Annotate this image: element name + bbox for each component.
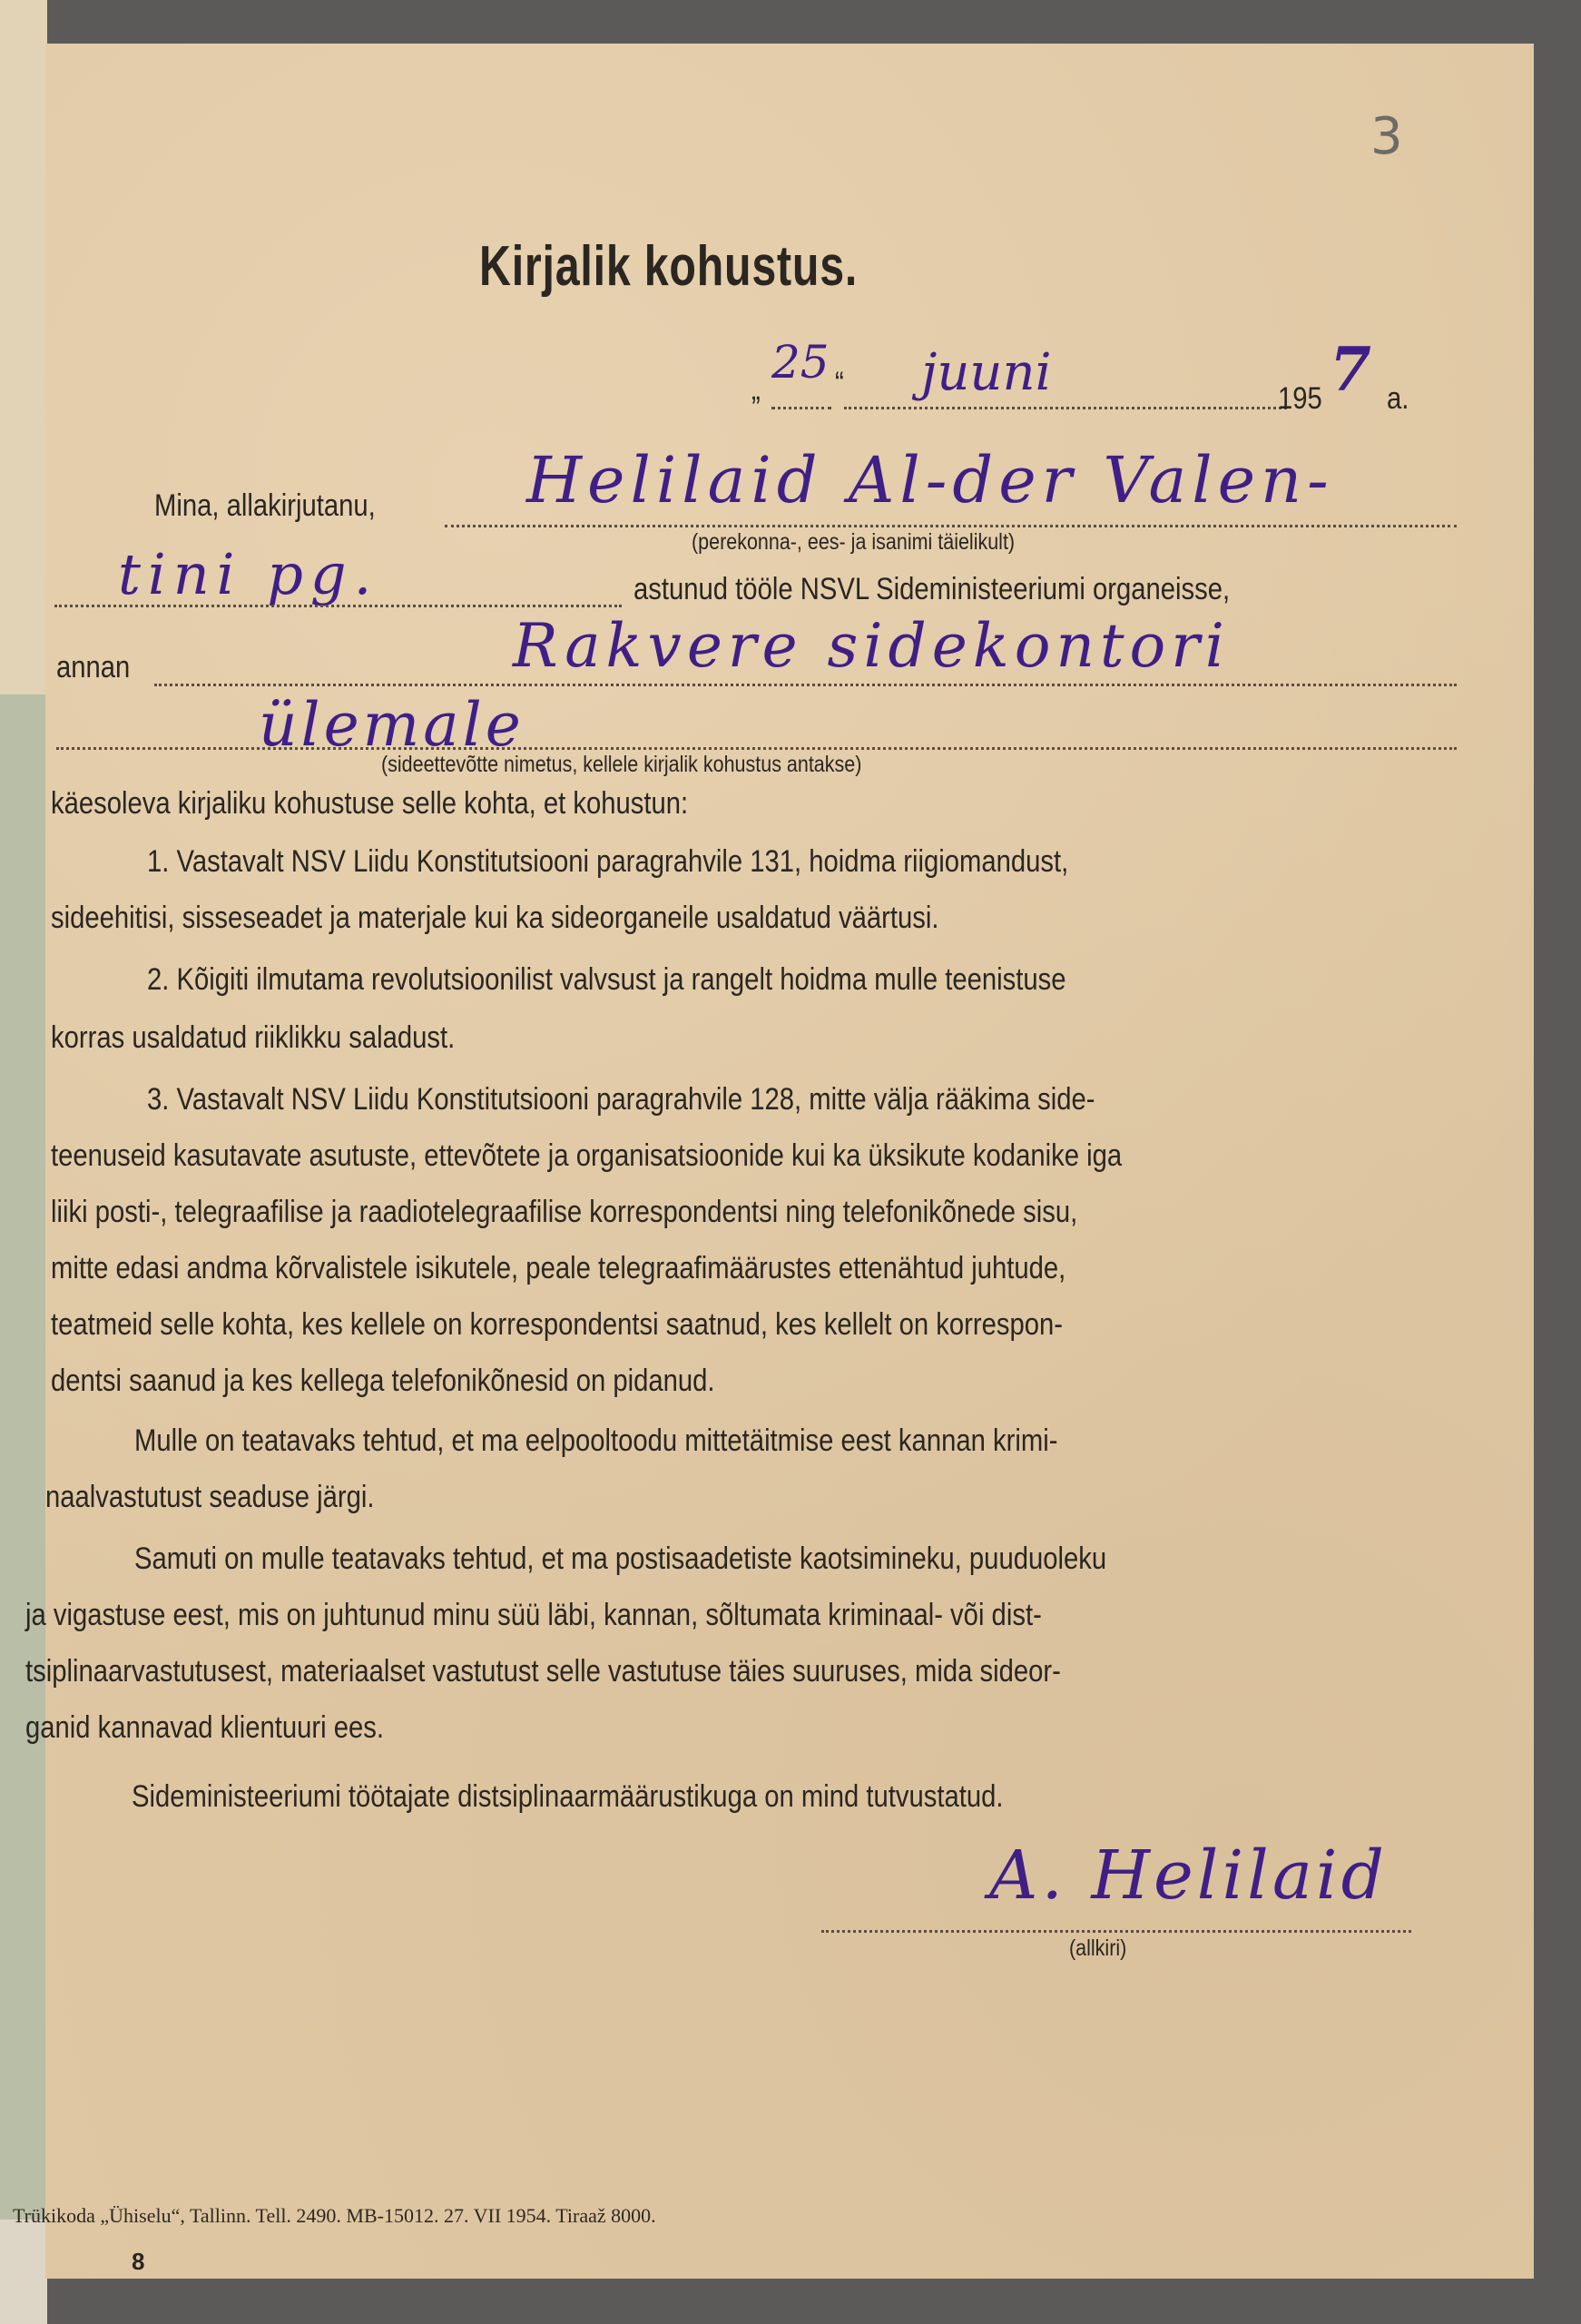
date-year-digit: 7 <box>1330 334 1371 405</box>
date-day: 25 <box>771 336 830 389</box>
recipient-dotted-line-1 <box>154 684 1457 686</box>
document-page: 3 Kirjalik kohustus. „ 25 “ juuni 195 7 … <box>45 44 1534 2279</box>
clause-line: 2. Kõigiti ilmutama revolutsioonilist va… <box>147 962 1066 998</box>
sheet-number: 8 <box>132 2248 144 2276</box>
date-month: juuni <box>921 343 1051 402</box>
name-line-1: Helilaid Al-der Valen- <box>526 443 1334 517</box>
clause-line: dentsi saanud ja kes kellega telefonikõn… <box>51 1364 715 1399</box>
clause-line: liiki posti-, telegraafilise ja raadiote… <box>51 1195 1077 1230</box>
binding-strip <box>0 0 47 694</box>
signature: A. Helilaid <box>989 1837 1388 1915</box>
signature-dotted-line <box>821 1930 1411 1933</box>
printer-imprint: Trükikoda „Ühiselu“, Tallinn. Tell. 2490… <box>13 2204 656 2228</box>
lead-sentence: käesoleva kirjaliku kohustuse selle koht… <box>51 786 688 822</box>
name-dotted-line-1 <box>445 525 1457 527</box>
annan-label: annan <box>56 650 130 685</box>
date-month-dotted-line <box>844 407 1287 409</box>
paragraph-line: ganid kannavad klientuuri ees. <box>25 1710 384 1746</box>
backing-strip <box>0 694 47 2324</box>
clause-line: sideehitisi, sisseseadet ja materjale ku… <box>51 901 938 936</box>
recipient-dotted-line-2 <box>56 747 1457 750</box>
page-mark: 3 <box>1370 107 1403 166</box>
name-line-2: tini pg. <box>118 541 378 607</box>
paragraph-line: ja vigastuse eest, mis on juhtunud minu … <box>25 1598 1042 1633</box>
date-close-quote: “ <box>835 366 844 401</box>
clause-line: korras usaldatud riiklikku saladust. <box>51 1020 455 1056</box>
intro-label: Mina, allakirjutanu, <box>154 488 376 524</box>
paragraph-line: naalvastutust seaduse järgi. <box>45 1480 374 1515</box>
date-open-quote: „ <box>751 372 761 408</box>
clause-line: teatmeid selle kohta, kes kellele on kor… <box>51 1307 1063 1343</box>
signature-caption: (allkiri) <box>1069 1935 1126 1962</box>
date-day-dotted-line <box>771 407 831 409</box>
paragraph-line: Mulle on teatavaks tehtud, et ma eelpool… <box>134 1423 1057 1459</box>
paragraph-line: tsiplinaarvastutusest, materiaalset vast… <box>25 1654 1061 1689</box>
date-suffix: a. <box>1387 381 1409 417</box>
employment-text: astunud tööle NSVL Sideministeeriumi org… <box>633 572 1230 607</box>
backing-strip-foot <box>0 2220 47 2324</box>
recipient-line-1: Rakvere sidekontori <box>513 611 1230 681</box>
paragraph-line: Samuti on mulle teatavaks tehtud, et ma … <box>134 1541 1106 1577</box>
name-caption: (perekonna-, ees- ja isanimi täielikult) <box>692 529 1015 556</box>
clause-line: mitte edasi andma kõrvalistele isikutele… <box>51 1251 1065 1286</box>
recipient-caption: (sideettevõtte nimetus, kellele kirjalik… <box>381 752 861 778</box>
paragraph-line: Sideministeeriumi töötajate distsiplinaa… <box>132 1779 1004 1815</box>
date-year-prefix: 195 <box>1278 381 1322 417</box>
clause-line: teenuseid kasutavate asutuste, ettevõtet… <box>51 1138 1122 1174</box>
name-dotted-line-2 <box>54 605 622 607</box>
document-title: Kirjalik kohustus. <box>479 234 858 299</box>
clause-line: 3. Vastavalt NSV Liidu Konstitutsiooni p… <box>147 1082 1095 1118</box>
clause-line: 1. Vastavalt NSV Liidu Konstitutsiooni p… <box>147 844 1068 880</box>
